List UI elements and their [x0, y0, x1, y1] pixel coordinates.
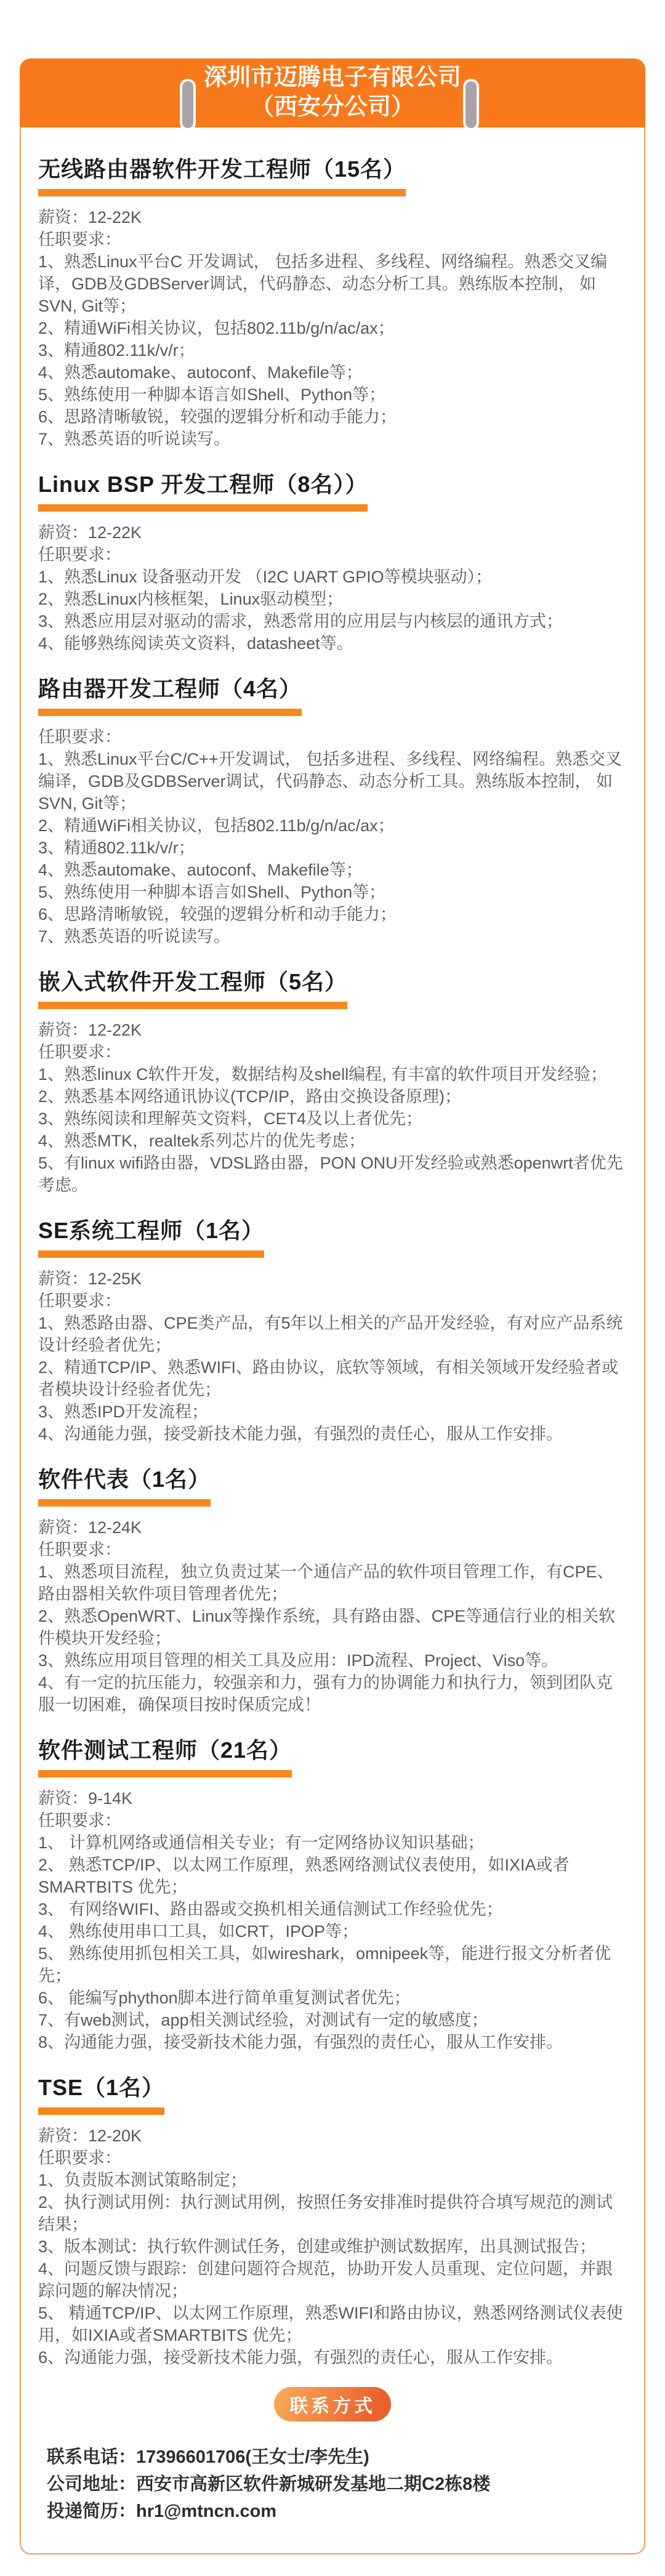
requirement-item: 6、 能编写phython脚本进行简单重复测试者优先；: [38, 1987, 627, 2009]
requirement-item: 7、熟悉英语的听说读写。: [38, 428, 627, 450]
job-section: TSE（1名）薪资：12-20K任职要求：1、负责版本测试策略制定；2、执行测试…: [38, 2075, 627, 2369]
requirement-item: 1、熟悉Linux平台C/C++开发调试， 包括多进程、多线程、网络编程。熟悉交…: [38, 748, 627, 815]
requirement-item: 4、熟悉MTK，realtek系列芯片的优先考虑；: [38, 1130, 627, 1152]
requirement-item: 4、熟悉automake、autoconf、Makefile等；: [38, 361, 627, 384]
job-title: 路由器开发工程师（4名）: [38, 677, 302, 716]
hanger-pin-left: [180, 79, 196, 131]
requirements-label: 任职要求：: [38, 2147, 627, 2169]
contact-address: 公司地址：西安市高新区软件新城研发基地二期C2栋8楼: [47, 2471, 618, 2498]
requirement-item: 3、熟悉应用层对驱动的需求，熟悉常用的应用层与内核层的通讯方式；: [38, 610, 627, 632]
requirements-label: 任职要求：: [38, 1041, 627, 1063]
job-title: 嵌入式软件开发工程师（5名）: [38, 970, 347, 1009]
requirement-item: 4、沟通能力强，接受新技术能力强，有强烈的责任心，服从工作安排。: [38, 1423, 627, 1445]
job-section: SE系统工程师（1名）薪资：12-25K任职要求：1、熟悉路由器、CPE类产品，…: [38, 1218, 627, 1445]
contact-info: 联系电话：17396601706(王女士/李先生) 公司地址：西安市高新区软件新…: [21, 2442, 644, 2553]
requirements-label: 任职要求：: [38, 726, 627, 748]
job-sections: 无线路由器软件开发工程师（15名）薪资：12-22K任职要求：1、熟悉Linux…: [21, 127, 644, 2369]
hanger-pin-right: [463, 79, 479, 131]
requirement-item: 4、问题反馈与跟踪：创建问题符合规范，协助开发人员重现、定位问题，并跟踪问题的解…: [38, 2258, 627, 2302]
requirement-item: 1、负责版本测试策略制定；: [38, 2169, 627, 2191]
requirement-item: 4、能够熟练阅读英文资料，datasheet等。: [38, 632, 627, 654]
salary-line: 薪资：12-22K: [38, 1019, 627, 1041]
requirement-item: 4、有一定的抗压能力，较强亲和力，强有力的协调能力和执行力，领到团队克服一切困难…: [38, 1672, 627, 1716]
requirement-item: 1、熟悉项目流程，独立负责过某一个通信产品的软件项目管理工作，有CPE、路由器相…: [38, 1561, 627, 1605]
company-header: 深圳市迈腾电子有限公司 （西安分公司）: [20, 58, 645, 127]
job-title: TSE（1名）: [38, 2075, 164, 2115]
job-detail: 薪资：9-14K任职要求：1、 计算机网络或通信相关专业；有一定网络协议知识基础…: [38, 1787, 627, 2053]
requirement-item: 4、熟悉automake、autoconf、Makefile等；: [38, 859, 627, 881]
requirement-item: 3、 有网络WIFI、路由器或交换机相关通信测试工作经验优先；: [38, 1898, 627, 1920]
requirement-item: 3、熟练阅读和理解英文资料，CET4及以上者优先；: [38, 1108, 627, 1130]
job-detail: 薪资：12-25K任职要求：1、熟悉路由器、CPE类产品，有5年以上相关的产品开…: [38, 1268, 627, 1445]
requirement-item: 5、熟练使用一种脚本语言如Shell、Python等；: [38, 881, 627, 903]
requirement-item: 1、 计算机网络或通信相关专业；有一定网络协议知识基础；: [38, 1832, 627, 1854]
requirement-item: 2、执行测试用例：执行测试用例，按照任务安排准时提供符合填写规范的测试结果；: [38, 2191, 627, 2236]
job-poster-card: 深圳市迈腾电子有限公司 （西安分公司） 无线路由器软件开发工程师（15名）薪资：…: [20, 58, 645, 2554]
requirement-item: 3、熟悉IPD开发流程；: [38, 1401, 627, 1423]
requirement-item: 1、熟悉路由器、CPE类产品，有5年以上相关的产品开发经验，有对应产品系统设计经…: [38, 1312, 627, 1356]
job-detail: 薪资：12-22K任职要求：1、熟悉Linux 设备驱动开发 （I2C UART…: [38, 521, 627, 654]
requirement-item: 2、精通WiFi相关协议，包括802.11b/g/n/ac/ax；: [38, 317, 627, 339]
job-detail: 任职要求：1、熟悉Linux平台C/C++开发调试， 包括多进程、多线程、网络编…: [38, 726, 627, 948]
requirement-item: 6、思路清晰敏锐，较强的逻辑分析和动手能力；: [38, 406, 627, 428]
requirement-item: 3、精通802.11k/v/r；: [38, 837, 627, 859]
job-title: 软件代表（1名）: [38, 1467, 211, 1507]
job-detail: 薪资：12-22K任职要求：1、熟悉Linux平台C 开发调试， 包括多进程、多…: [38, 206, 627, 450]
requirements-label: 任职要求：: [38, 1290, 627, 1312]
salary-line: 薪资：9-14K: [38, 1787, 627, 1809]
requirement-item: 5、有linux wifi路由器，VDSL路由器，PON ONU开发经验或熟悉o…: [38, 1152, 627, 1196]
company-name-line1: 深圳市迈腾电子有限公司: [20, 63, 645, 92]
contact-phone: 联系电话：17396601706(王女士/李先生): [47, 2444, 618, 2471]
requirement-item: 7、有web测试，app相关测试经验，对测试有一定的敏感度；: [38, 2009, 627, 2031]
job-title: 无线路由器软件开发工程师（15名）: [38, 157, 406, 196]
job-section: 无线路由器软件开发工程师（15名）薪资：12-22K任职要求：1、熟悉Linux…: [38, 157, 627, 450]
job-section: Linux BSP 开发工程师（8名））薪资：12-22K任职要求：1、熟悉Li…: [38, 472, 627, 654]
salary-line: 薪资：12-22K: [38, 521, 627, 544]
job-title: Linux BSP 开发工程师（8名））: [38, 472, 368, 512]
job-detail: 薪资：12-20K任职要求：1、负责版本测试策略制定；2、执行测试用例：执行测试…: [38, 2125, 627, 2369]
requirement-item: 2、精通TCP/IP、熟悉WIFI、路由协议，底软等领域，有相关领域开发经验者或…: [38, 1356, 627, 1401]
requirement-item: 2、熟悉Linux内核框架，Linux驱动模型；: [38, 588, 627, 610]
requirements-label: 任职要求：: [38, 228, 627, 251]
job-title: 软件测试工程师（21名）: [38, 1738, 292, 1777]
requirement-item: 5、熟练使用一种脚本语言如Shell、Python等；: [38, 384, 627, 406]
company-name-line2: （西安分公司）: [20, 92, 645, 122]
requirement-item: 8、沟通能力强，接受新技术能力强，有强烈的责任心，服从工作安排。: [38, 2031, 627, 2053]
requirements-label: 任职要求：: [38, 1809, 627, 1832]
job-section: 软件测试工程师（21名）薪资：9-14K任职要求：1、 计算机网络或通信相关专业…: [38, 1738, 627, 2053]
job-section: 嵌入式软件开发工程师（5名）薪资：12-22K任职要求：1、熟悉linux C软…: [38, 970, 627, 1196]
requirement-item: 7、熟悉英语的听说读写。: [38, 925, 627, 948]
contact-button[interactable]: 联系方式: [274, 2387, 391, 2421]
requirement-item: 3、熟练应用项目管理的相关工具及应用：IPD流程、Project、Viso等。: [38, 1649, 627, 1672]
requirement-item: 1、熟悉Linux 设备驱动开发 （I2C UART GPIO等模块驱动）；: [38, 566, 627, 588]
salary-line: 薪资：12-25K: [38, 1268, 627, 1290]
requirement-item: 2、 熟悉TCP/IP、以太网工作原理，熟悉网络测试仪表使用，如IXIA或者SM…: [38, 1854, 627, 1898]
requirement-item: 5、 熟练使用抓包相关工具，如wireshark，omnipeek等，能进行报文…: [38, 1942, 627, 1987]
requirements-label: 任职要求：: [38, 1539, 627, 1561]
requirement-item: 4、 熟练使用串口工具，如CRT，IPOP等；: [38, 1920, 627, 1942]
requirement-item: 1、熟悉Linux平台C 开发调试， 包括多进程、多线程、网络编程。熟悉交叉编译…: [38, 251, 627, 317]
requirement-item: 3、精通802.11k/v/r；: [38, 339, 627, 361]
contact-email: 投递简历：hr1@mtncn.com: [47, 2498, 618, 2525]
salary-line: 薪资：12-22K: [38, 206, 627, 228]
requirements-label: 任职要求：: [38, 544, 627, 566]
requirement-item: 1、熟悉linux C软件开发，数据结构及shell编程, 有丰富的软件项目开发…: [38, 1063, 627, 1085]
requirement-item: 2、熟悉OpenWRT、Linux等操作系统，具有路由器、CPE等通信行业的相关…: [38, 1605, 627, 1649]
job-detail: 薪资：12-24K任职要求：1、熟悉项目流程，独立负责过某一个通信产品的软件项目…: [38, 1516, 627, 1716]
job-title: SE系统工程师（1名）: [38, 1218, 264, 1258]
requirement-item: 2、熟悉基本网络通讯协议(TCP/IP，路由交换设备原理)；: [38, 1085, 627, 1108]
job-section: 软件代表（1名）薪资：12-24K任职要求：1、熟悉项目流程，独立负责过某一个通…: [38, 1467, 627, 1716]
salary-line: 薪资：12-20K: [38, 2125, 627, 2147]
requirement-item: 5、 精通TCP/IP、以太网工作原理，熟悉WIFI和路由协议，熟悉网络测试仪表…: [38, 2302, 627, 2346]
requirement-item: 6、沟通能力强，接受新技术能力强，有强烈的责任心，服从工作安排。: [38, 2346, 627, 2369]
job-section: 路由器开发工程师（4名）任职要求：1、熟悉Linux平台C/C++开发调试， 包…: [38, 677, 627, 948]
poster-page: 深圳市迈腾电子有限公司 （西安分公司） 无线路由器软件开发工程师（15名）薪资：…: [0, 58, 665, 2554]
requirement-item: 6、思路清晰敏锐，较强的逻辑分析和动手能力；: [38, 903, 627, 925]
salary-line: 薪资：12-24K: [38, 1516, 627, 1539]
job-detail: 薪资：12-22K任职要求：1、熟悉linux C软件开发，数据结构及shell…: [38, 1019, 627, 1196]
requirement-item: 2、精通WiFi相关协议，包括802.11b/g/n/ac/ax；: [38, 815, 627, 837]
requirement-item: 3、版本测试：执行软件测试任务，创建或维护测试数据库，出具测试报告；: [38, 2236, 627, 2258]
